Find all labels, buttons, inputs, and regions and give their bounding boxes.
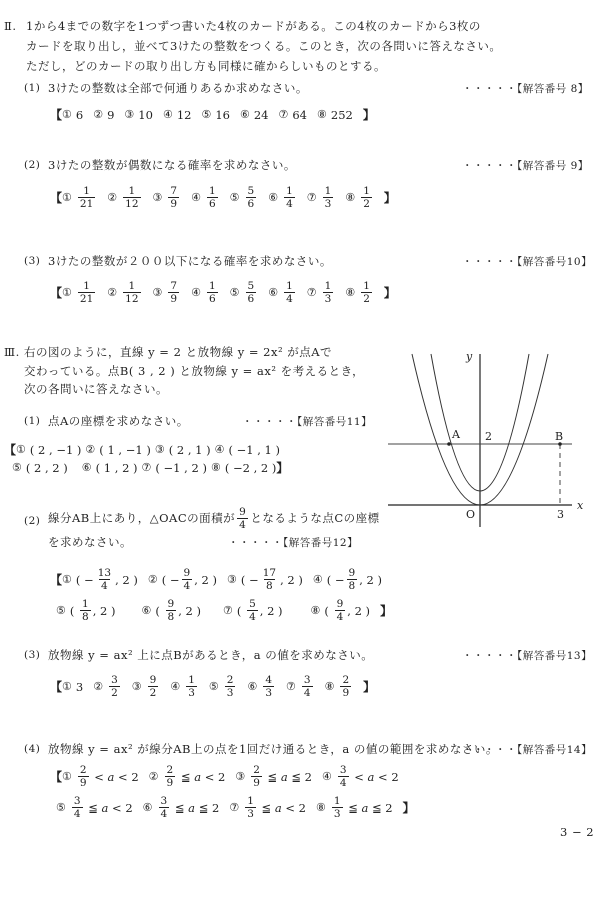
bracket-open: 【 [50,106,62,123]
option-3[interactable]: ③( −178, 2 ) [227,567,303,592]
numerator: 13 [96,567,113,579]
numerator: 3 [159,795,170,807]
fraction: 14 [284,280,295,305]
denominator: 4 [302,686,313,699]
option-mark: ② [107,286,117,299]
numerator: 2 [165,764,176,776]
denominator: 6 [207,292,218,305]
q3-1-text: 点Aの座標を求めなさい。 [48,413,189,430]
fraction: 13 [186,674,197,699]
option-1[interactable]: ①6 [62,108,83,122]
numerator: 1 [81,280,92,292]
numerator: 1 [323,280,334,292]
option-value: 64 [292,108,307,122]
option-3[interactable]: ③92 [132,674,161,699]
q3-2-text-after: となるような点Cの座標 [250,510,379,527]
fraction: 178 [261,567,278,592]
q2-3-text: 3けたの整数が２００以下になる確率を求めなさい。 [48,253,332,270]
denominator: 4 [182,579,193,592]
fraction: 13 [323,280,334,305]
option-5[interactable]: ⑤( 2 , 2 ) [12,461,68,475]
variable-a: a [194,770,201,784]
upper-bound: 2 [125,801,132,815]
q2-3-options: 【 ①121 ②112 ③79 ④16 ⑤56 ⑥14 ⑦13 ⑧12 】 [50,280,396,305]
numerator: 9 [148,674,159,686]
variable-a: a [275,801,282,815]
option-mark: ⑤ [56,604,66,617]
q3-4-number: (4) [24,741,40,758]
relation: ≦ [291,770,301,784]
option-mark: ① [62,108,72,121]
relation: ≦ [348,801,358,815]
option-mark: ③ [235,770,245,783]
option-value: 9 [107,108,114,122]
denominator: 12 [123,292,140,305]
option-value: ( 2 , 1 ) [169,443,211,457]
q3-2-options-row2: ⑤( 18, 2 ) ⑥( 98, 2 ) ⑦( 54, 2 ) ⑧( 94, … [56,598,392,623]
denominator: 8 [264,579,275,592]
numerator: 1 [332,795,343,807]
fraction: 29 [165,764,176,789]
option-mark: ③ [155,443,165,456]
denominator: 9 [340,686,351,699]
denominator: 8 [347,579,358,592]
relation: < [354,770,364,784]
fraction: 13 [332,795,343,820]
option-6[interactable]: ⑥43 [247,674,276,699]
numerator: 9 [166,598,177,610]
bracket-open: 【 [50,189,62,206]
option-7[interactable]: ⑦13 [307,280,336,305]
numerator: 5 [246,185,257,197]
option-value: ( −2 , 2 ) [225,461,277,475]
numerator: 1 [80,598,91,610]
option-mark: ③ [153,191,163,204]
option-7[interactable]: ⑦( 54, 2 ) [223,598,283,623]
fraction: 29 [251,764,262,789]
fraction: 14 [284,185,295,210]
fraction: 121 [78,280,95,305]
upper-bound: 2 [299,801,306,815]
option-mark: ① [62,573,72,586]
denominator: 21 [78,197,95,210]
denominator: 9 [78,776,89,789]
option-mark: ④ [313,573,323,586]
option-7[interactable]: ⑦13 [307,185,336,210]
option-4[interactable]: ④13 [170,674,199,699]
option-mark: ④ [191,286,201,299]
option-value: 16 [215,108,230,122]
fraction: 34 [159,795,170,820]
fraction: 79 [168,280,179,305]
fraction: 16 [207,185,218,210]
option-mark: ④ [215,443,225,456]
denominator: 9 [168,197,179,210]
numerator: 9 [182,567,193,579]
y-coord: 2 [122,573,129,587]
numerator: 9 [347,567,358,579]
y-tick-2: 2 [485,430,492,443]
option-mark: ⑧ [345,191,355,204]
denominator: 4 [237,518,248,531]
q3-4-text: 放物線 y = ax² が線分AB上の点を1回だけ通るとき，a の値の範囲を求め… [48,741,498,758]
upper-bound: 2 [212,801,219,815]
fraction: 79 [168,185,179,210]
option-5[interactable]: ⑤( 18, 2 ) [56,598,116,623]
option-mark: ⑧ [311,604,321,617]
fraction: 43 [263,674,274,699]
point-a-label: A [451,428,461,441]
q2-1-answer-ref: ・・・・・【解答番号 8】 [462,81,589,96]
q3-2-answer-ref: ・・・・・【解答番号12】 [228,535,358,550]
numerator: 1 [207,185,218,197]
option-value: ( −1 , 1 ) [228,443,280,457]
sign: − [84,573,94,587]
numerator: 3 [302,674,313,686]
option-value: 24 [254,108,269,122]
option-value: 12 [177,108,192,122]
q3-1-number: (1) [24,413,40,430]
option-4[interactable]: ④34 < a < 2 [322,764,399,789]
option-mark: ② [149,770,159,783]
option-mark: ⑤ [230,191,240,204]
option-mark: ⑥ [268,191,278,204]
q2-2-number: (2) [24,157,40,174]
numerator: 3 [338,764,349,776]
point-b-label: B [555,430,563,443]
variable-a: a [102,801,109,815]
numerator: 3 [72,795,83,807]
upper-bound: 2 [305,770,312,784]
option-3[interactable]: ③( 2 , 1 ) [155,443,211,457]
numerator: 1 [284,185,295,197]
denominator: 2 [361,292,372,305]
fraction: 98 [166,598,177,623]
numerator: 4 [263,674,274,686]
numerator: 2 [251,764,262,776]
option-8[interactable]: ⑧( −2 , 2 ) [211,461,276,475]
denominator: 4 [99,579,110,592]
fraction: 29 [340,674,351,699]
bracket-open: 【 [50,571,62,588]
option-mark: ⑧ [325,680,335,693]
numerator: 17 [261,567,278,579]
numerator: 2 [340,674,351,686]
fraction: 56 [246,185,257,210]
option-8[interactable]: ⑧13 ≦ a ≦ 2 [316,795,393,820]
fraction: 13 [245,795,256,820]
denominator: 12 [123,197,140,210]
option-mark: ① [62,191,72,204]
option-mark: ② [107,191,117,204]
option-mark: ⑤ [230,286,240,299]
option-2[interactable]: ②32 [93,674,122,699]
option-3[interactable]: ③79 [153,185,182,210]
relation: ≦ [181,770,191,784]
option-mark: ⑧ [211,461,221,474]
option-6[interactable]: ⑥14 [268,185,297,210]
relation: ≦ [175,801,185,815]
denominator: 3 [263,686,274,699]
option-value: ( 1 , 2 ) [96,461,138,475]
denominator: 3 [245,807,256,820]
denominator: 9 [168,292,179,305]
fraction: 56 [246,280,257,305]
fraction: 18 [80,598,91,623]
bracket-open: 【 [4,441,16,458]
q3-3-answer-ref: ・・・・・【解答番号13】 [462,648,592,663]
q2-1-number: (1) [24,80,40,97]
numerator: 7 [168,185,179,197]
option-mark: ⑦ [286,680,296,693]
option-1[interactable]: ①( −134, 2 ) [62,567,138,592]
section-2-intro-line1: 1から4までの数字を1つずつ書いた4枚のカードがある。この4枚のカードから3枚の [26,18,481,35]
option-value: 252 [331,108,353,122]
option-6[interactable]: ⑥( 1 , 2 ) [82,461,138,475]
option-3[interactable]: ③10 [124,108,153,122]
denominator: 9 [251,776,262,789]
numerator: 1 [284,280,295,292]
numerator: 1 [126,280,137,292]
denominator: 4 [284,292,295,305]
option-2[interactable]: ②( −94, 2 ) [148,567,217,592]
upper-bound: 2 [218,770,225,784]
option-5[interactable]: ⑤56 [230,185,259,210]
bracket-open: 【 [50,678,62,695]
denominator: 2 [361,197,372,210]
upper-bound: 2 [391,770,398,784]
option-5[interactable]: ⑤34 ≦ a < 2 [56,795,133,820]
numerator: 1 [361,185,372,197]
sign: − [335,573,345,587]
numerator: 9 [237,506,248,518]
option-mark: ⑥ [82,461,92,474]
numerator: 1 [186,674,197,686]
fraction: 112 [123,185,140,210]
section-2-intro-line3: ただし，どのカードの取り出し方も同様に確からしいものとする。 [26,58,386,75]
section-3-intro-line1: 右の図のように，直線 y = 2 と放物線 y = 2x² が点Aで [24,344,332,361]
option-mark: ⑦ [223,604,233,617]
variable-a: a [108,770,115,784]
denominator: 4 [338,776,349,789]
option-2[interactable]: ②( 1 , −1 ) [85,443,150,457]
option-1[interactable]: ①29 < a < 2 [62,764,139,789]
option-6[interactable]: ⑥14 [268,280,297,305]
numerator: 9 [335,598,346,610]
option-4[interactable]: ④16 [191,280,220,305]
q2-3-number: (3) [24,253,40,270]
fraction: 121 [78,185,95,210]
numerator: 1 [323,185,334,197]
option-4[interactable]: ④16 [191,185,220,210]
fraction: 13 [323,185,334,210]
option-mark: ⑥ [247,680,257,693]
option-4[interactable]: ④( −1 , 1 ) [215,443,280,457]
bracket-close: 】 [403,799,415,816]
option-2[interactable]: ②9 [93,108,114,122]
fraction: 16 [207,280,218,305]
option-mark: ⑤ [209,680,219,693]
option-1[interactable]: ①121 [62,185,97,210]
variable-a: a [368,770,375,784]
option-6[interactable]: ⑥34 ≦ a ≦ 2 [143,795,220,820]
numerator: 1 [361,280,372,292]
q3-2-number: (2) [24,513,40,530]
option-value: ( −1 , 2 ) [155,461,207,475]
point-a [447,442,451,446]
variable-a: a [361,801,368,815]
option-5[interactable]: ⑤56 [230,280,259,305]
bracket-close: 】 [384,284,396,301]
fraction: 12 [361,280,372,305]
option-3[interactable]: ③79 [153,280,182,305]
option-2[interactable]: ②112 [107,280,142,305]
origin-label: O [466,508,475,521]
variable-a: a [281,770,288,784]
option-2[interactable]: ②29 ≦ a < 2 [149,764,226,789]
option-8[interactable]: ⑧29 [325,674,354,699]
relation: < [285,801,295,815]
denominator: 3 [225,686,236,699]
numerator: 7 [168,280,179,292]
numerator: 5 [246,280,257,292]
fraction: 112 [123,280,140,305]
x-tick-3: 3 [557,508,564,521]
option-value: 10 [138,108,153,122]
numerator: 2 [225,674,236,686]
option-value: 6 [76,108,83,122]
option-mark: ④ [170,680,180,693]
option-mark: ⑦ [307,286,317,299]
option-4[interactable]: ④( −98, 2 ) [313,567,382,592]
variable-a: a [188,801,195,815]
option-mark: ⑦ [229,801,239,814]
option-mark: ⑥ [143,801,153,814]
q2-3-answer-ref: ・・・・・【解答番号10】 [462,254,592,269]
bracket-close: 】 [384,189,396,206]
relation: < [118,770,128,784]
option-mark: ⑥ [268,286,278,299]
denominator: 6 [207,197,218,210]
option-mark: ① [62,680,72,693]
option-7[interactable]: ⑦13 ≦ a < 2 [229,795,306,820]
q3-4-options-row2: ⑤34 ≦ a < 2 ⑥34 ≦ a ≦ 2 ⑦13 ≦ a < 2 ⑧13 … [56,795,415,820]
option-6[interactable]: ⑥24 [240,108,269,122]
q2-1-text: 3けたの整数は全部で何通りあるか求めなさい。 [48,80,308,97]
section-3-label: Ⅲ. [4,344,20,361]
option-mark: ⑤ [56,801,66,814]
y-axis-label: y [465,350,473,363]
option-8[interactable]: ⑧12 [345,280,374,305]
bracket-open: 【 [50,284,62,301]
denominator: 2 [109,686,120,699]
fraction: 92 [148,674,159,699]
option-mark: ④ [322,770,332,783]
denominator: 3 [186,686,197,699]
option-7[interactable]: ⑦( −1 , 2 ) [142,461,207,475]
option-2[interactable]: ②112 [107,185,142,210]
fraction: 94 [237,506,248,531]
fraction: 34 [72,795,83,820]
option-mark: ④ [191,191,201,204]
option-7[interactable]: ⑦34 [286,674,315,699]
q3-4-options-row1: 【 ①29 < a < 2 ②29 ≦ a < 2 ③29 ≦ a ≦ 2 ④3… [50,764,409,789]
option-mark: ② [93,108,103,121]
fraction: 32 [109,674,120,699]
y-coord: 2 [267,604,274,618]
option-mark: ① [16,443,26,456]
option-1[interactable]: ①( 2 , −1 ) [16,443,81,457]
option-3[interactable]: ③29 ≦ a ≦ 2 [235,764,312,789]
option-mark: ⑧ [316,801,326,814]
bracket-close: 】 [380,602,392,619]
denominator: 3 [323,292,334,305]
option-mark: ⑦ [278,108,288,121]
q3-3-number: (3) [24,647,40,664]
relation: < [112,801,122,815]
option-mark: ⑤ [201,108,211,121]
q3-1-options-row2: ⑤( 2 , 2 ) ⑥( 1 , 2 ) ⑦( −1 , 2 ) ⑧( −2 … [12,459,288,476]
upper-bound: 2 [131,770,138,784]
denominator: 3 [323,197,334,210]
option-mark: ⑤ [12,461,22,474]
option-5[interactable]: ⑤16 [201,108,230,122]
relation: ≦ [88,801,98,815]
q3-1-answer-ref: ・・・・・【解答番号11】 [242,414,372,429]
option-mark: ④ [163,108,173,121]
section-3-intro-line3: 次の各問いに答えなさい。 [24,381,168,398]
fraction: 94 [335,598,346,623]
numerator: 1 [81,185,92,197]
denominator: 4 [284,197,295,210]
relation: ≦ [268,770,278,784]
x-axis-label: x [577,499,584,512]
option-8[interactable]: ⑧( 94, 2 ) [311,598,371,623]
numerator: 1 [245,795,256,807]
relation: < [94,770,104,784]
option-mark: ⑧ [317,108,327,121]
option-7[interactable]: ⑦64 [278,108,307,122]
denominator: 4 [247,610,258,623]
fraction: 34 [302,674,313,699]
option-6[interactable]: ⑥( 98, 2 ) [142,598,202,623]
fraction: 23 [225,674,236,699]
option-value: 3 [76,680,83,694]
option-mark: ⑧ [345,286,355,299]
option-8[interactable]: ⑧12 [345,185,374,210]
denominator: 6 [246,197,257,210]
option-5[interactable]: ⑤23 [209,674,238,699]
option-mark: ① [62,286,72,299]
q2-2-text: 3けたの整数が偶数になる確率を求めなさい。 [48,157,296,174]
denominator: 4 [159,807,170,820]
q3-3-options: 【 ①3 ②32 ③92 ④13 ⑤23 ⑥43 ⑦34 ⑧29 】 [50,674,375,699]
option-value: ( 2 , −1 ) [30,443,82,457]
option-mark: ② [85,443,95,456]
y-coord: 2 [186,604,193,618]
bracket-close: 】 [363,678,375,695]
option-8[interactable]: ⑧252 [317,108,353,122]
fraction: 98 [347,567,358,592]
option-1[interactable]: ①3 [62,680,83,694]
option-mark: ③ [153,286,163,299]
denominator: 9 [165,776,176,789]
relation: < [378,770,388,784]
upper-bound: 2 [385,801,392,815]
option-4[interactable]: ④12 [163,108,192,122]
option-1[interactable]: ①121 [62,280,97,305]
relation: ≦ [372,801,382,815]
